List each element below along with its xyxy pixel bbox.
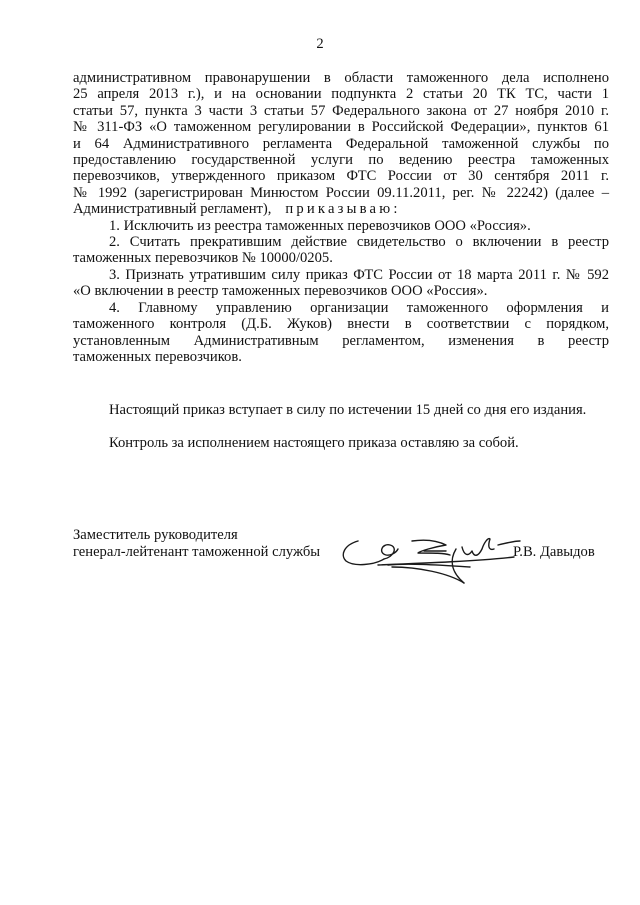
intro-line: и 64 Административного регламента Федера… (73, 136, 609, 152)
order-word: приказываю: (271, 201, 400, 217)
order-item-line: установленным Административным регламент… (73, 333, 609, 349)
intro-line: 25 апреля 2013 г.), и на основании подпу… (73, 86, 609, 102)
intro-line: статьи 57, пункта 3 части 3 статьи 57 Фе… (73, 103, 609, 119)
intro-paragraph: административном правонарушении в област… (73, 70, 609, 218)
control-statement: Контроль за исполнением настоящего прика… (109, 435, 629, 452)
intro-line-last: Административный регламент),приказываю: (73, 201, 609, 217)
order-item-4: 4. Главному управлению организации тамож… (73, 300, 609, 366)
order-item-line: 3. Признать утратившим силу приказ ФТС Р… (73, 267, 609, 283)
order-item-line: 1. Исключить из реестра таможенных перев… (73, 218, 609, 234)
order-item-3: 3. Признать утратившим силу приказ ФТС Р… (73, 267, 609, 300)
page-number: 2 (0, 36, 640, 53)
order-item-line: 2. Считать прекратившим действие свидете… (73, 234, 609, 250)
intro-line: предоставлению государственной услуги по… (73, 152, 609, 168)
signer-name: Р.В. Давыдов (513, 544, 595, 561)
order-item-2: 2. Считать прекратившим действие свидете… (73, 234, 609, 267)
intro-line: административном правонарушении в област… (73, 70, 609, 86)
handwritten-signature-icon (338, 527, 538, 587)
intro-line: перевозчиков, утвержденного приказом ФТС… (73, 168, 609, 184)
order-item-line: таможенных перевозчиков. (73, 349, 609, 365)
order-item-line: «О включении в реестр таможенных перевоз… (73, 283, 609, 299)
signature-block: Заместитель руководителя генерал-лейтена… (73, 527, 633, 561)
order-item-line: таможенного контроля (Д.Б. Жуков) внести… (73, 316, 609, 332)
order-item-line: таможенных перевозчиков № 10000/0205. (73, 250, 609, 266)
effective-date-statement: Настоящий приказ вступает в силу по исте… (109, 402, 629, 419)
order-item-1: 1. Исключить из реестра таможенных перев… (73, 218, 609, 234)
intro-line: № 311-ФЗ «О таможенном регулировании в Р… (73, 119, 609, 135)
order-item-line: 4. Главному управлению организации тамож… (73, 300, 609, 316)
intro-line: № 1992 (зарегистрирован Минюстом России … (73, 185, 609, 201)
intro-line: Административный регламент), (73, 201, 271, 217)
document-body: административном правонарушении в област… (73, 70, 609, 365)
